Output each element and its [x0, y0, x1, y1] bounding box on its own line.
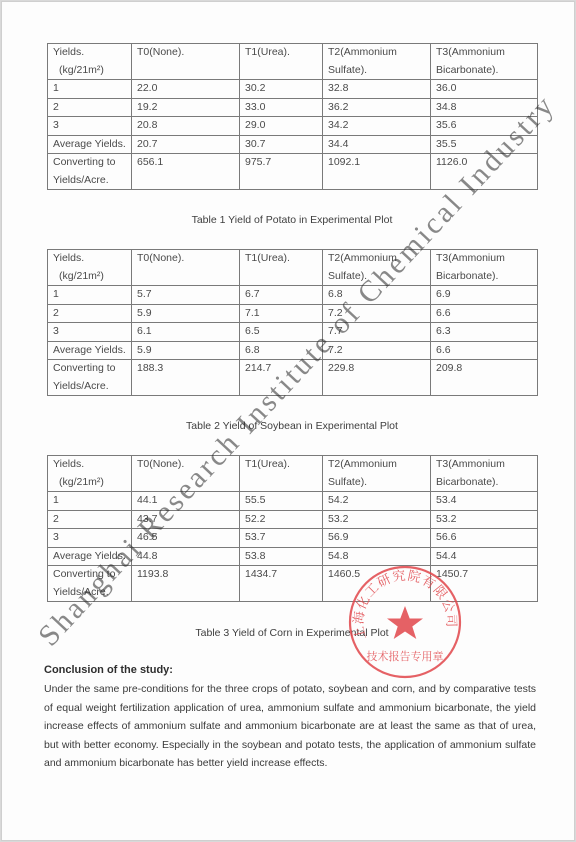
header-cell: T1(Urea). — [240, 250, 323, 286]
cell: 656.1 — [132, 154, 240, 190]
cell: 209.8 — [431, 360, 538, 396]
header-cell: T0(None). — [132, 44, 240, 80]
header-cell: T0(None). — [132, 250, 240, 286]
cell: 214.7 — [240, 360, 323, 396]
header-cell: T3(Ammonium Bicarbonate). — [431, 456, 538, 492]
cell: 1460.5 — [323, 566, 431, 602]
table-row: Converting to Yields/Acre.188.3214.7229.… — [48, 360, 538, 396]
row-label: Converting to Yields/Acre. — [48, 360, 132, 396]
cell: 6.6 — [431, 304, 538, 323]
cell: 53.8 — [240, 547, 323, 566]
cell: 55.5 — [240, 492, 323, 511]
cell: 5.9 — [132, 304, 240, 323]
cell: 53.2 — [431, 510, 538, 529]
table-row: 144.155.554.253.4 — [48, 492, 538, 511]
table-row: 122.030.232.836.0 — [48, 80, 538, 99]
cell: 22.0 — [132, 80, 240, 99]
cell: 35.6 — [431, 117, 538, 136]
cell: 53.7 — [240, 529, 323, 548]
cell: 54.8 — [323, 547, 431, 566]
cell: 44.8 — [132, 547, 240, 566]
header-cell: T1(Urea). — [240, 44, 323, 80]
table-header-row: Yields.(kg/21m²) T0(None). T1(Urea). T2(… — [48, 44, 538, 80]
table-header-row: Yields.(kg/21m²) T0(None). T1(Urea). T2(… — [48, 250, 538, 286]
header-cell: Yields.(kg/21m²) — [48, 456, 132, 492]
cell: 54.2 — [323, 492, 431, 511]
table-row: 243.752.253.253.2 — [48, 510, 538, 529]
row-label: Average Yields. — [48, 135, 132, 154]
cell: 56.6 — [431, 529, 538, 548]
cell: 1092.1 — [323, 154, 431, 190]
row-label: Average Yields. — [48, 547, 132, 566]
seal-inner-text: 技术报告专用章 — [367, 649, 444, 663]
cell: 1450.7 — [431, 566, 538, 602]
row-label: Converting to Yields/Acre. — [48, 566, 132, 602]
cell: 44.1 — [132, 492, 240, 511]
cell: 54.4 — [431, 547, 538, 566]
row-label: 1 — [48, 80, 132, 99]
cell: 30.2 — [240, 80, 323, 99]
cell: 34.8 — [431, 98, 538, 117]
cell: 6.8 — [240, 341, 323, 360]
table-row: 36.16.57.76.3 — [48, 323, 538, 342]
cell: 5.7 — [132, 286, 240, 305]
cell: 32.8 — [323, 80, 431, 99]
table-row: 15.76.76.86.9 — [48, 286, 538, 305]
header-cell: Yields.(kg/21m²) — [48, 250, 132, 286]
cell: 6.6 — [431, 341, 538, 360]
header-cell: T0(None). — [132, 456, 240, 492]
row-label: 2 — [48, 98, 132, 117]
row-label: Converting to Yields/Acre. — [48, 154, 132, 190]
header-cell: T3(Ammonium Bicarbonate). — [431, 44, 538, 80]
cell: 53.4 — [431, 492, 538, 511]
table-header-row: Yields.(kg/21m²) T0(None). T1(Urea). T2(… — [48, 456, 538, 492]
row-label: 3 — [48, 529, 132, 548]
cell: 33.0 — [240, 98, 323, 117]
row-label: 3 — [48, 117, 132, 136]
cell: 6.3 — [431, 323, 538, 342]
table-row: Average Yields.20.730.734.435.5 — [48, 135, 538, 154]
table-row: 320.829.034.235.6 — [48, 117, 538, 136]
table-row: 25.97.17.26.6 — [48, 304, 538, 323]
row-label: 2 — [48, 510, 132, 529]
row-label: Average Yields. — [48, 341, 132, 360]
header-cell: Yields.(kg/21m²) — [48, 44, 132, 80]
header-cell: T3(Ammonium Bicarbonate). — [431, 250, 538, 286]
row-label: 3 — [48, 323, 132, 342]
cell: 36.2 — [323, 98, 431, 117]
header-cell: T2(Ammonium Sulfate). — [323, 44, 431, 80]
cell: 7.2 — [323, 341, 431, 360]
table-row: Average Yields.5.96.87.26.6 — [48, 341, 538, 360]
potato-yield-table: Yields.(kg/21m²) T0(None). T1(Urea). T2(… — [47, 43, 538, 190]
table-caption: Table 3 Yield of Corn in Experimental Pl… — [47, 627, 537, 639]
header-cell: T2(Ammonium Sulfate). — [323, 250, 431, 286]
cell: 20.8 — [132, 117, 240, 136]
cell: 188.3 — [132, 360, 240, 396]
table-row: Converting to Yields/Acre.1193.81434.714… — [48, 566, 538, 602]
cell: 1193.8 — [132, 566, 240, 602]
cell: 35.5 — [431, 135, 538, 154]
cell: 7.2 — [323, 304, 431, 323]
row-label: 1 — [48, 492, 132, 511]
corn-yield-table: Yields.(kg/21m²) T0(None). T1(Urea). T2(… — [47, 455, 538, 602]
cell: 29.0 — [240, 117, 323, 136]
cell: 1126.0 — [431, 154, 538, 190]
cell: 46.5 — [132, 529, 240, 548]
cell: 6.9 — [431, 286, 538, 305]
table-row: Converting to Yields/Acre.656.1975.71092… — [48, 154, 538, 190]
conclusion-title: Conclusion of the study: — [44, 664, 173, 676]
cell: 34.4 — [323, 135, 431, 154]
cell: 6.1 — [132, 323, 240, 342]
table-row: Average Yields.44.853.854.854.4 — [48, 547, 538, 566]
cell: 6.7 — [240, 286, 323, 305]
cell: 975.7 — [240, 154, 323, 190]
cell: 56.9 — [323, 529, 431, 548]
soybean-yield-table: Yields.(kg/21m²) T0(None). T1(Urea). T2(… — [47, 249, 538, 396]
cell: 19.2 — [132, 98, 240, 117]
cell: 1434.7 — [240, 566, 323, 602]
cell: 34.2 — [323, 117, 431, 136]
cell: 20.7 — [132, 135, 240, 154]
row-label: 2 — [48, 304, 132, 323]
cell: 229.8 — [323, 360, 431, 396]
cell: 6.5 — [240, 323, 323, 342]
header-cell: T2(Ammonium Sulfate). — [323, 456, 431, 492]
header-cell: T1(Urea). — [240, 456, 323, 492]
cell: 6.8 — [323, 286, 431, 305]
cell: 52.2 — [240, 510, 323, 529]
conclusion-body: Under the same pre-conditions for the th… — [44, 680, 536, 773]
table-row: 346.553.756.956.6 — [48, 529, 538, 548]
document-page: Yields.(kg/21m²) T0(None). T1(Urea). T2(… — [1, 1, 575, 841]
table-caption: Table 1 Yield of Potato in Experimental … — [47, 214, 537, 226]
cell: 43.7 — [132, 510, 240, 529]
row-label: 1 — [48, 286, 132, 305]
cell: 5.9 — [132, 341, 240, 360]
cell: 36.0 — [431, 80, 538, 99]
table-row: 219.233.036.234.8 — [48, 98, 538, 117]
cell: 30.7 — [240, 135, 323, 154]
cell: 7.7 — [323, 323, 431, 342]
table-caption: Table 2 Yield of Soybean in Experimental… — [47, 420, 537, 432]
cell: 53.2 — [323, 510, 431, 529]
cell: 7.1 — [240, 304, 323, 323]
